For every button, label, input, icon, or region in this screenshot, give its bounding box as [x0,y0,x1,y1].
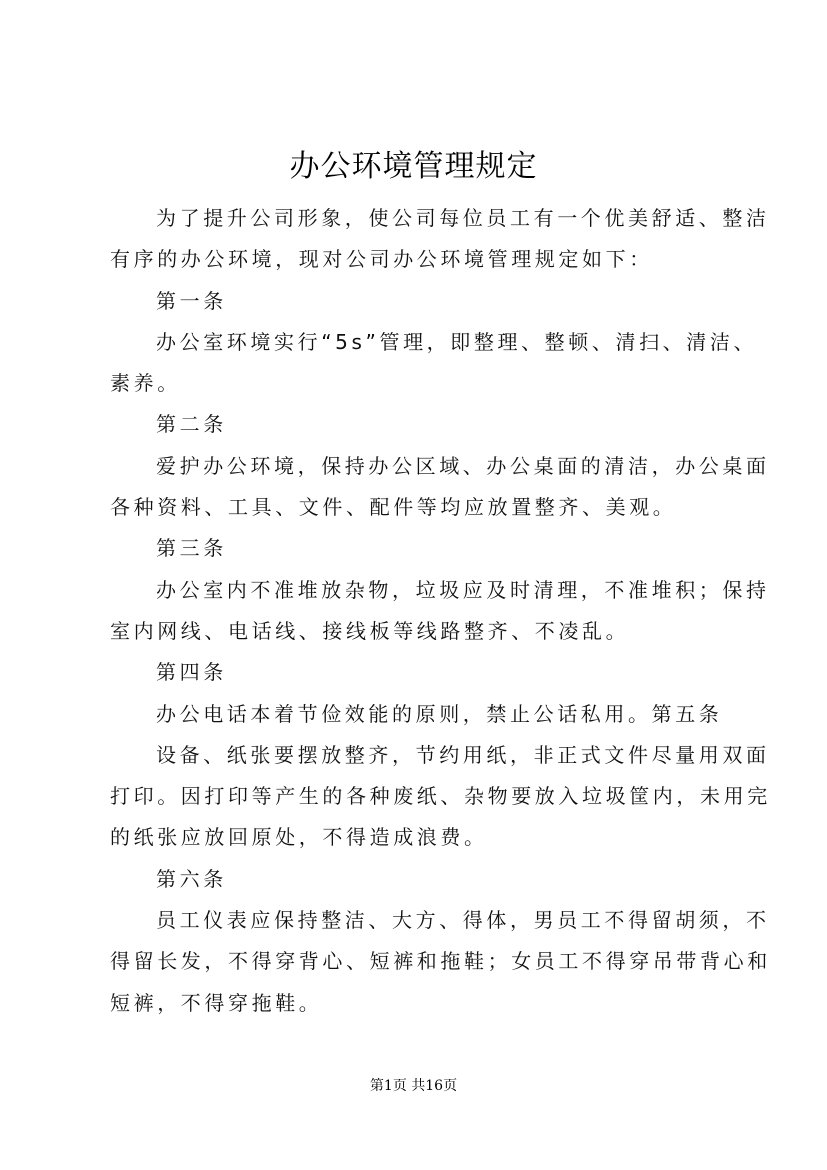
paragraph-line: 员工仪表应保持整洁、大方、得体，男员工不得留胡须，不 [110,900,730,941]
document-body: 为了提升公司形象，使公司每位员工有一个优美舒适、整洁 有序的办公环境，现对公司办… [110,198,730,1024]
article-heading: 第三条 [110,528,730,569]
paragraph-line: 短裤，不得穿拖鞋。 [110,983,730,1024]
paragraph-line: 各种资料、工具、文件、配件等均应放置整齐、美观。 [110,487,730,528]
paragraph-line: 为了提升公司形象，使公司每位员工有一个优美舒适、整洁 [110,198,730,239]
paragraph-line: 打印。因打印等产生的各种废纸、杂物要放入垃圾筐内，未用完 [110,776,730,817]
paragraph-line: 办公电话本着节俭效能的原则，禁止公话私用。第五条 [110,694,730,735]
paragraph-line: 的纸张应放回原处，不得造成浪费。 [110,817,730,858]
paragraph-line: 有序的办公环境，现对公司办公环境管理规定如下： [110,239,730,280]
article-heading: 第六条 [110,859,730,900]
paragraph-line: 设备、纸张要摆放整齐，节约用纸，非正式文件尽量用双面 [110,735,730,776]
page-number-footer: 第1页 共16页 [0,1076,827,1096]
document-page: 办公环境管理规定 为了提升公司形象，使公司每位员工有一个优美舒适、整洁 有序的办… [0,0,827,1170]
document-title: 办公环境管理规定 [0,147,827,187]
paragraph-line: 得留长发，不得穿背心、短裤和拖鞋；女员工不得穿吊带背心和 [110,941,730,982]
paragraph-line: 办公室内不准堆放杂物，垃圾应及时清理，不准堆积；保持 [110,570,730,611]
article-heading: 第一条 [110,281,730,322]
paragraph-line: 办公室环境实行“5s”管理，即整理、整顿、清扫、清洁、 [110,322,730,363]
paragraph-line: 素养。 [110,363,730,404]
article-heading: 第二条 [110,404,730,445]
paragraph-line: 室内网线、电话线、接线板等线路整齐、不凌乱。 [110,611,730,652]
article-heading: 第四条 [110,652,730,693]
paragraph-line: 爱护办公环境，保持办公区域、办公桌面的清洁，办公桌面 [110,446,730,487]
